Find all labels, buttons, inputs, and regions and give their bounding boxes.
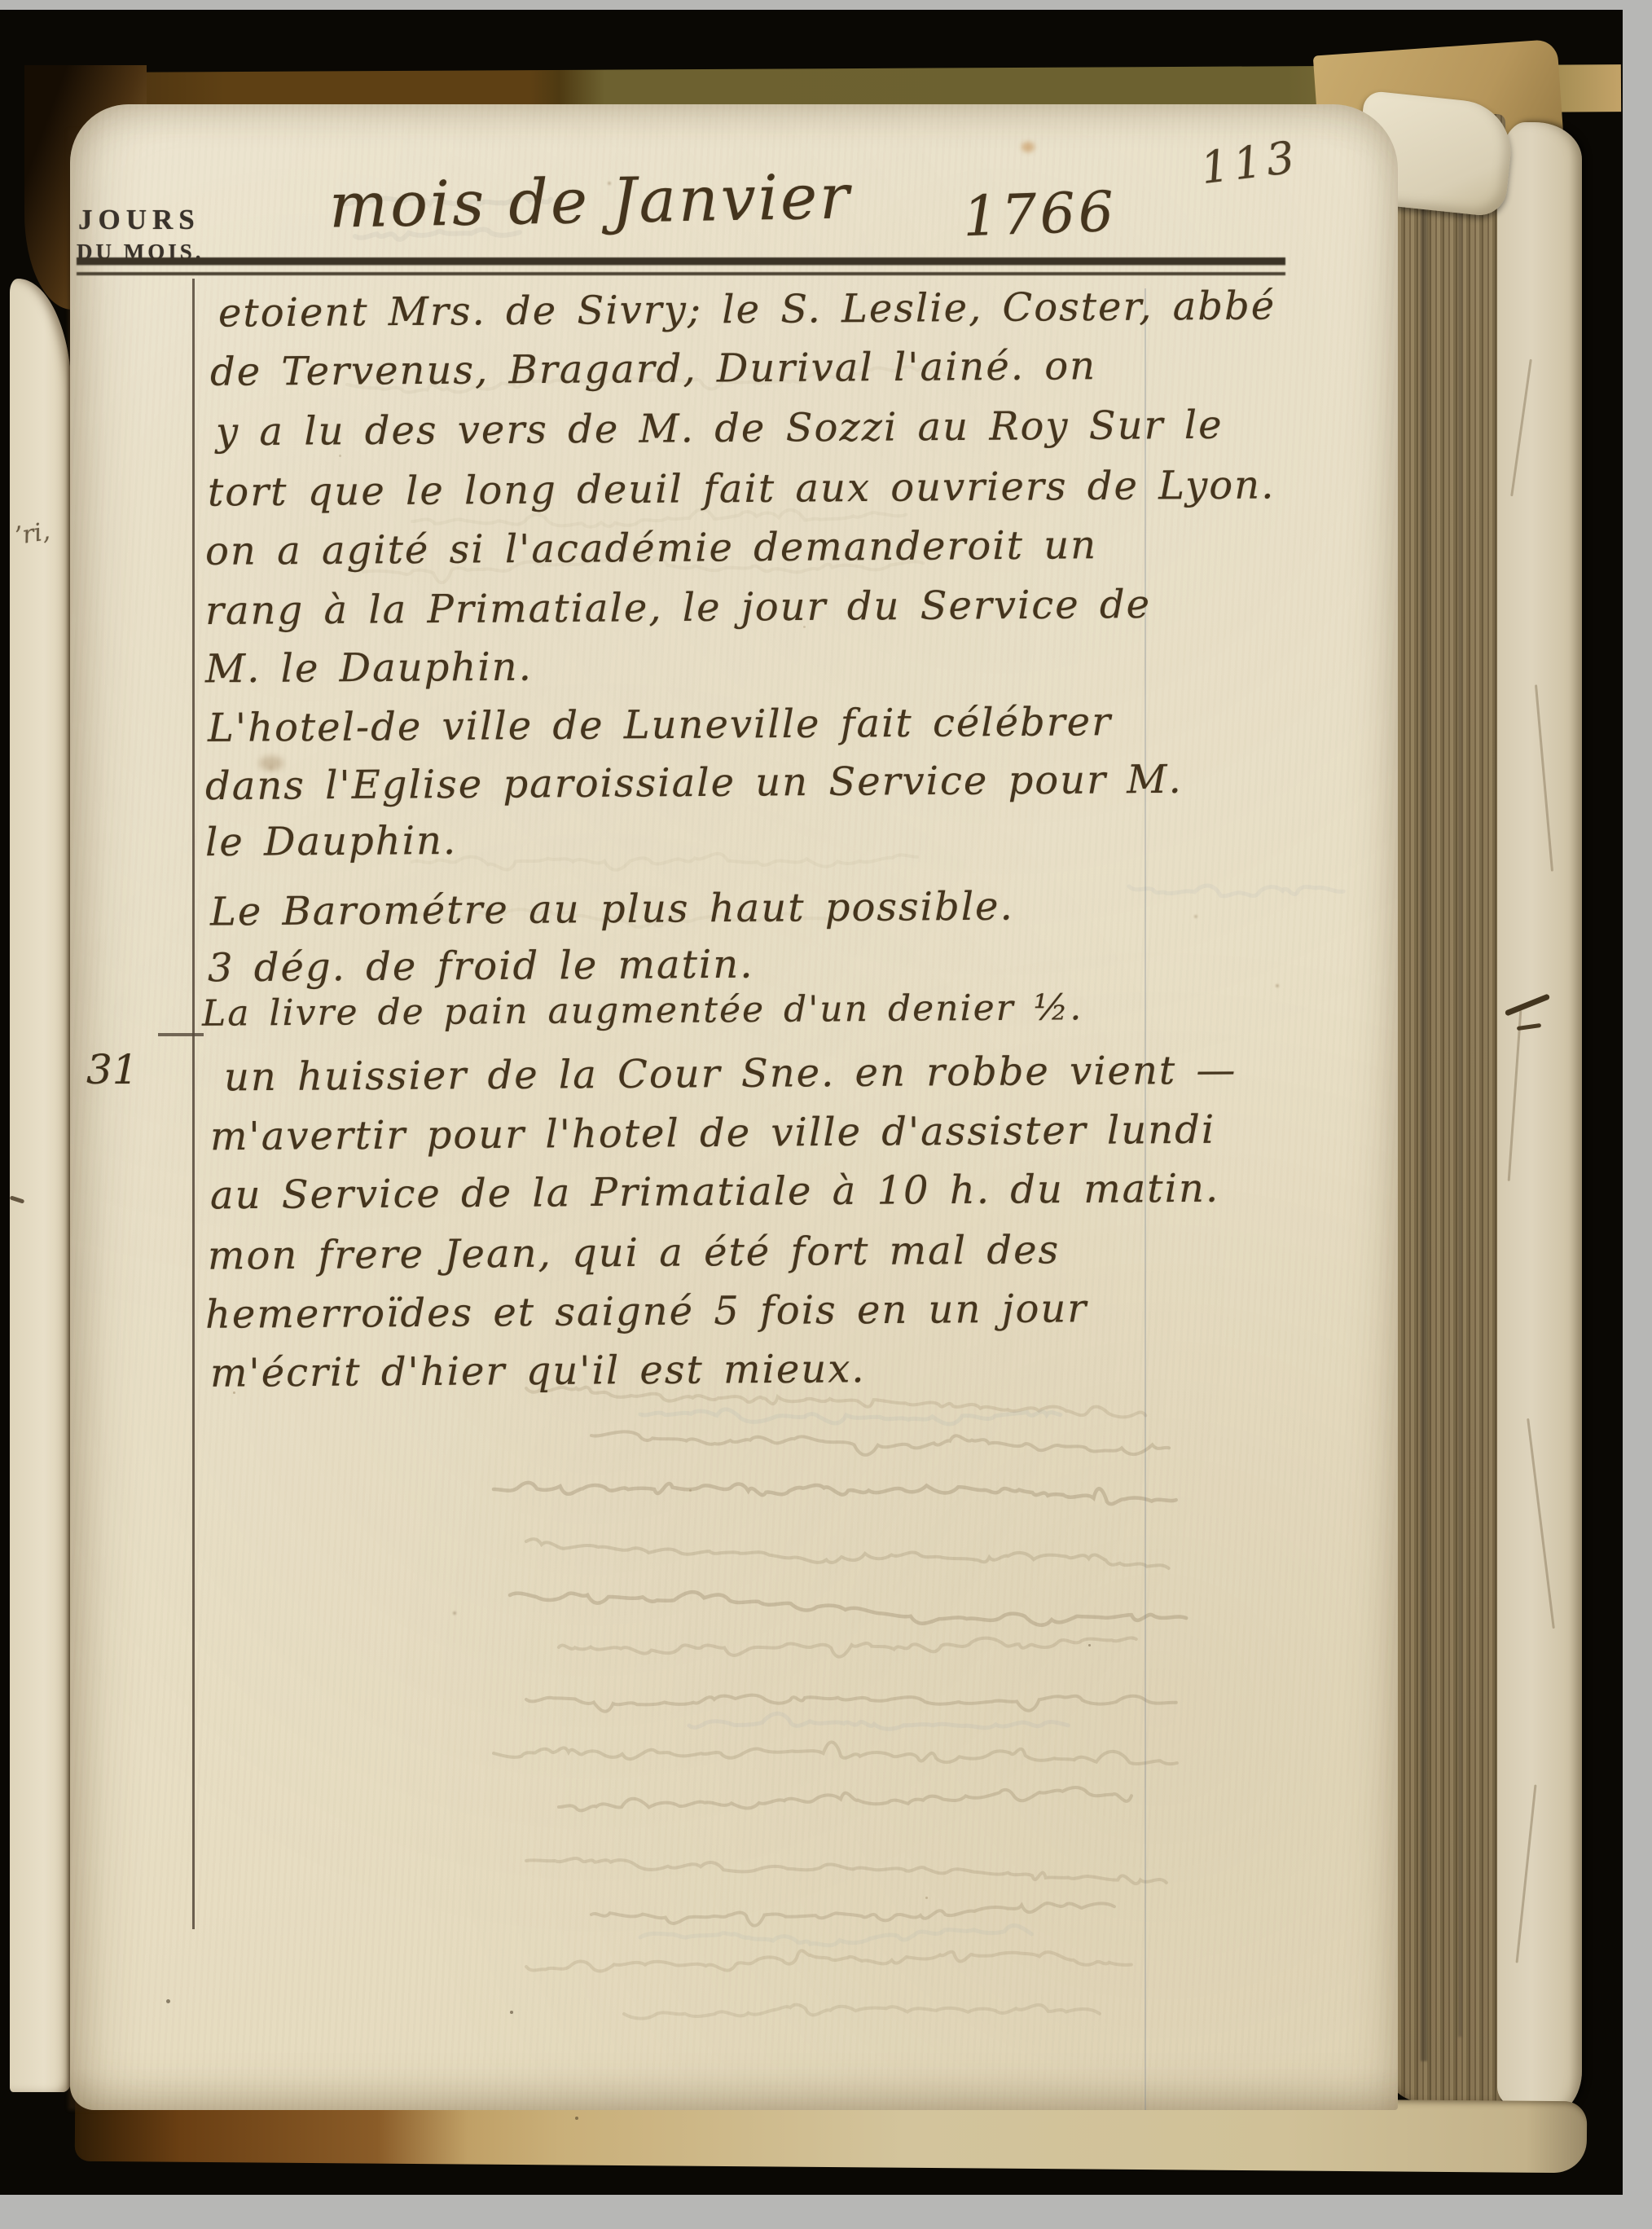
paper-crease bbox=[1510, 359, 1532, 497]
bleedthrough-stroke bbox=[494, 1742, 1177, 1764]
protruding-page-edge bbox=[1497, 122, 1582, 2117]
paper-speck bbox=[233, 1391, 235, 1394]
bleedthrough-stroke bbox=[494, 1483, 1176, 1504]
diary-line: y a lu des vers de M. de Sozzi au Roy Su… bbox=[216, 402, 1224, 455]
bleedthrough-stroke bbox=[559, 1787, 1131, 1810]
paper-speck bbox=[269, 766, 273, 770]
paper-speck bbox=[925, 1897, 928, 1899]
diary-line: au Service de la Primatiale à 10 h. du m… bbox=[210, 1166, 1220, 1219]
bleedthrough-stroke bbox=[591, 1903, 1114, 1926]
header-rule-thin bbox=[77, 272, 1285, 275]
diary-line: un huissier de la Cour Sne. en robbe vie… bbox=[224, 1048, 1237, 1101]
folio-number: 113 bbox=[1198, 131, 1303, 194]
diary-line: Le Barométre au plus haut possible. bbox=[210, 884, 1014, 935]
bleedthrough-stroke bbox=[591, 1431, 1169, 1455]
paper-speck bbox=[339, 455, 341, 457]
paper-crease bbox=[1508, 1010, 1522, 1181]
diary-line: mon frere Jean, qui a été fort mal des bbox=[208, 1227, 1061, 1278]
paper-speck bbox=[453, 1611, 456, 1615]
fore-edge-shadow-line bbox=[1421, 138, 1427, 2061]
diary-line: rang à la Primatiale, le jour du Service… bbox=[205, 582, 1151, 634]
bleedthrough-stroke bbox=[640, 1925, 1032, 1945]
ink-offset-mark bbox=[10, 1195, 25, 1203]
diary-line: de Tervenus, Bragard, Durival l'ainé. on bbox=[210, 343, 1096, 395]
manuscript-scan: ʼri, JOURS DU MOIS. mois de Janvier 1766… bbox=[0, 0, 1652, 2229]
bleedthrough-stroke bbox=[640, 1409, 1061, 1424]
diary-line: dans l'Eglise paroissiale un Service pou… bbox=[205, 757, 1183, 809]
paper-speck bbox=[803, 626, 806, 628]
fore-edge-shadow-line bbox=[1458, 163, 1462, 2037]
diary-line: L'hotel-de ville de Luneville fait céléb… bbox=[208, 699, 1112, 751]
paper-speck bbox=[575, 2117, 578, 2120]
paper-speck bbox=[1276, 984, 1279, 987]
printed-header-line1: JOURS bbox=[78, 204, 200, 236]
bleedthrough-stroke bbox=[624, 2005, 1100, 2019]
ink-offset-mark: ʼri, bbox=[12, 517, 51, 552]
bleedthrough-stroke bbox=[526, 1858, 1167, 1884]
bleedthrough-stroke bbox=[526, 1695, 1176, 1712]
diary-line: m'avertir pour l'hotel de ville d'assist… bbox=[210, 1107, 1216, 1160]
bleedthrough-stroke bbox=[526, 1950, 1131, 1971]
paper-speck bbox=[166, 1999, 170, 2003]
header-rule-thick bbox=[77, 257, 1285, 265]
diary-line: etoient Mrs. de Sivry; le S. Leslie, Cos… bbox=[218, 283, 1276, 336]
day-column-rule bbox=[192, 279, 195, 1929]
diary-line: on a agité si l'académie demanderoit un bbox=[205, 522, 1097, 574]
facing-page-sliver: ʼri, bbox=[10, 279, 72, 2092]
diary-page: JOURS DU MOIS. mois de Janvier 1766 113 … bbox=[70, 104, 1398, 2110]
paper-speck bbox=[510, 2011, 513, 2014]
bleedthrough-stroke bbox=[412, 854, 917, 870]
bleedthrough-stroke bbox=[1129, 886, 1343, 896]
entry-tick-mark bbox=[158, 1033, 204, 1036]
day-number: 31 bbox=[86, 1046, 138, 1093]
diary-line: m'écrit d'hier qu'il est mieux. bbox=[210, 1346, 866, 1396]
diary-line: 3 dég. de froid le matin. bbox=[208, 942, 754, 991]
diary-line: La livre de pain augmentée d'un denier ½… bbox=[202, 987, 1083, 1035]
bleedthrough-stroke bbox=[526, 1539, 1169, 1568]
foxing-spot bbox=[1022, 142, 1035, 152]
bleedthrough-stroke bbox=[559, 1638, 1136, 1656]
bleedthrough-stroke bbox=[510, 1592, 1186, 1625]
paper-crease bbox=[1535, 684, 1553, 871]
paper-speck bbox=[1194, 915, 1197, 918]
fore-edge-page-stack bbox=[1385, 114, 1505, 2102]
bleedthrough-stroke bbox=[689, 1713, 1068, 1729]
diary-line: tort que le long deuil fait aux ouvriers… bbox=[208, 462, 1276, 515]
diary-line: M. le Dauphin. bbox=[205, 644, 533, 692]
diary-line: le Dauphin. bbox=[205, 818, 458, 865]
paper-speck bbox=[608, 182, 611, 185]
diary-line: hemerroïdes et saigné 5 fois en un jour bbox=[205, 1286, 1088, 1338]
year-script: 1766 bbox=[962, 180, 1118, 250]
paper-crease bbox=[1527, 1418, 1555, 1629]
paper-crease bbox=[1516, 1784, 1537, 1963]
paper-speck bbox=[689, 1489, 692, 1492]
paper-speck bbox=[1088, 1644, 1091, 1646]
month-title-script: mois de Janvier bbox=[328, 160, 852, 241]
